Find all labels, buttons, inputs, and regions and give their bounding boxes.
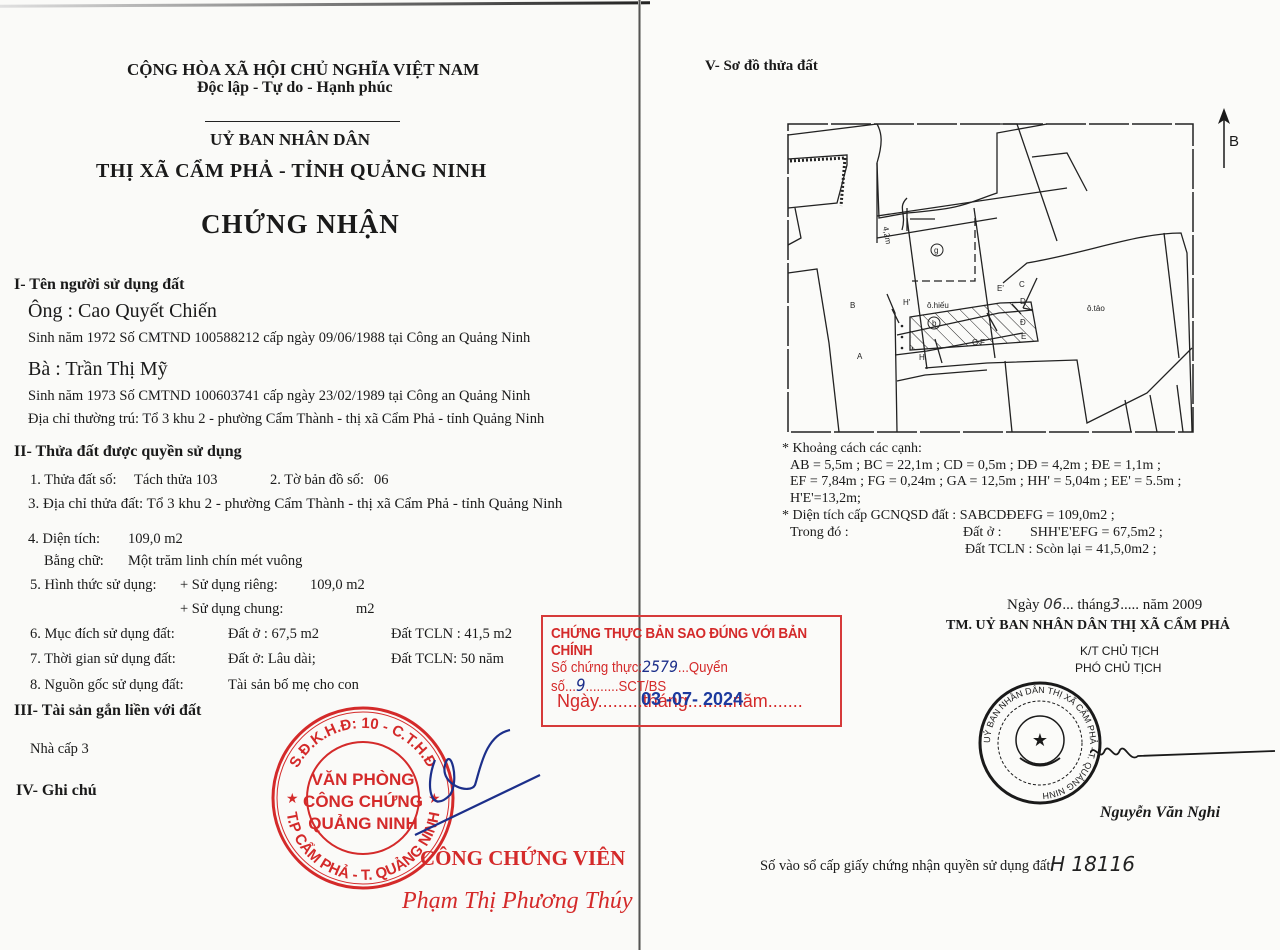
notary-signature — [390, 725, 560, 855]
svg-text:D: D — [1020, 297, 1026, 306]
official-signature — [1090, 738, 1280, 768]
origin-value: Tài sản bố mẹ cho con — [228, 677, 359, 694]
svg-text:A: A — [857, 352, 863, 361]
document-title: CHỨNG NHẬN — [201, 209, 400, 240]
owner-address: Địa chỉ thường trú: Tổ 3 khu 2 - phường … — [28, 411, 544, 428]
distances-line1: AB = 5,5m ; BC = 22,1m ; CD = 0,5m ; DĐ … — [790, 458, 1161, 474]
tcln-area-line: Đất TCLN : Scòn lại = 41,5,0m2 ; — [965, 542, 1157, 558]
issue-day: 06 — [1043, 595, 1062, 613]
certification-date-line: Ngày.........tháng.........năm....... 03… — [557, 691, 803, 712]
certification-stamp-title: CHỨNG THỰC BẢN SAO ĐÚNG VỚI BẢN CHÍNH — [551, 625, 811, 659]
authority-line2: THỊ XÃ CẨM PHẢ - TỈNH QUẢNG NINH — [96, 160, 487, 183]
section3-heading: III- Tài sản gắn liền với đất — [14, 702, 201, 720]
page-fold — [638, 0, 641, 950]
certification-number: 2579 — [642, 657, 678, 676]
section1-heading: I- Tên người sử dụng đất — [14, 276, 185, 294]
notary-title: CÔNG CHỨNG VIÊN — [420, 846, 625, 871]
parcel-number-value: Tách thửa 103 — [134, 472, 218, 489]
official-seal: UỶ BAN NHÂN DÂN THỊ XÃ CẨM PHẢ - T. QUẢN… — [975, 678, 1105, 808]
svg-text:F: F — [980, 338, 985, 347]
private-use-label: + Sử dụng riêng: — [180, 577, 278, 594]
certification-date-stamp: 03 -07- 2024 — [641, 689, 743, 710]
owner1-info: Sinh năm 1972 Số CMTND 100588212 cấp ngà… — [28, 330, 530, 347]
signatory-role2: PHÓ CHỦ TỊCH — [1075, 661, 1161, 675]
area-value: 109,0 m2 — [128, 531, 183, 548]
issue-date: Ngày 06... tháng3..... năm 2009 — [1007, 595, 1202, 614]
attached-assets-value: Nhà cấp 3 — [30, 741, 89, 758]
registry-number: H 18116 — [1050, 852, 1135, 876]
area-label: 4. Diện tích: — [28, 531, 100, 548]
signatory-name: Nguyễn Văn Nghi — [1100, 804, 1220, 822]
svg-text:ô.tảo: ô.tảo — [1087, 304, 1105, 313]
parcel-diagram: g b ô.hiếu ô.tảo 4,2m B A H' H G F E' C … — [787, 123, 1194, 433]
certification-stamp: CHỨNG THỰC BẢN SAO ĐÚNG VỚI BẢN CHÍNH Số… — [541, 615, 842, 727]
svg-text:B: B — [850, 301, 855, 310]
owner2-info: Sinh năm 1973 Số CMTND 100603741 cấp ngà… — [28, 388, 530, 405]
svg-text:★: ★ — [286, 792, 299, 807]
distances-line3: H'E'=13,2m; — [790, 491, 861, 507]
section4-heading: IV- Ghi chú — [16, 782, 97, 800]
owner1-name: Ông : Cao Quyết Chiến — [28, 300, 217, 323]
svg-text:H: H — [919, 353, 925, 362]
duration-residential: Đất ở: Lâu dài; — [228, 651, 316, 668]
svg-text:★: ★ — [1032, 730, 1048, 750]
duration-label: 7. Thời gian sử dụng đất: — [30, 651, 176, 668]
svg-text:H': H' — [903, 298, 911, 307]
signatory-organization: TM. UỶ BAN NHÂN DÂN THỊ XÃ CẨM PHẢ — [946, 618, 1230, 634]
parcel-number-label: 1. Thửa đất số: — [30, 472, 117, 489]
national-header: CỘNG HÒA XÃ HỘI CHỦ NGHĨA VIỆT NAM — [127, 60, 479, 80]
svg-text:b: b — [932, 319, 937, 328]
area-in-words-value: Một trăm linh chín mét vuông — [128, 553, 302, 570]
total-area-line: * Diện tích cấp GCNQSD đất : SABCDĐEFG =… — [782, 508, 1115, 524]
map-sheet-value: 06 — [374, 472, 389, 489]
authority-line1: UỶ BAN NHÂN DÂN — [210, 130, 370, 150]
distances-heading: * Khoảng cách các cạnh: — [782, 441, 922, 457]
shared-use-label: + Sử dụng chung: — [180, 601, 283, 618]
duration-tcln: Đất TCLN: 50 năm — [391, 651, 504, 668]
svg-text:ô.hiếu: ô.hiếu — [927, 301, 949, 310]
registry-label: Số vào sổ cấp giấy chứng nhận quyền sử d… — [760, 858, 1054, 875]
north-label: B — [1229, 133, 1239, 150]
purpose-residential: Đất ở : 67,5 m2 — [228, 626, 319, 643]
residential-area-label: Đất ở : — [963, 525, 1002, 541]
distances-line2: EF = 7,84m ; FG = 0,24m ; GA = 12,5m ; H… — [790, 474, 1181, 490]
svg-text:E': E' — [997, 284, 1004, 293]
origin-label: 8. Nguồn gốc sử dụng đất: — [30, 677, 184, 694]
section5-heading: V- Sơ đồ thửa đất — [705, 58, 818, 75]
header-divider — [205, 121, 400, 122]
issue-month: 3 — [1111, 595, 1121, 613]
purpose-tcln: Đất TCLN : 41,5 m2 — [391, 626, 512, 643]
purpose-label: 6. Mục đích sử dụng đất: — [30, 626, 175, 643]
national-motto: Độc lập - Tự do - Hạnh phúc — [197, 79, 393, 97]
signatory-role1: K/T CHỦ TỊCH — [1080, 644, 1159, 658]
parcel-address: 3. Địa chỉ thửa đất: Tổ 3 khu 2 - phường… — [28, 496, 562, 513]
notary-name: Phạm Thị Phương Thúy — [402, 888, 633, 915]
residential-area-value: SHH'E'EFG = 67,5m2 ; — [1030, 525, 1163, 541]
of-which-label: Trong đó : — [790, 525, 849, 541]
svg-text:G: G — [972, 338, 978, 347]
owner2-name: Bà : Trần Thị Mỹ — [28, 358, 168, 381]
shared-use-value: m2 — [356, 601, 375, 618]
section2-heading: II- Thửa đất được quyền sử dụng — [14, 443, 242, 461]
svg-text:Đ: Đ — [1020, 318, 1026, 327]
map-sheet-label: 2. Tờ bản đồ số: — [270, 472, 364, 489]
svg-text:C: C — [1019, 280, 1025, 289]
svg-text:4,2m: 4,2m — [881, 226, 893, 245]
svg-text:E: E — [1021, 332, 1026, 341]
area-in-words-label: Bằng chữ: — [44, 553, 104, 570]
svg-text:g: g — [934, 246, 938, 255]
private-use-value: 109,0 m2 — [310, 577, 365, 594]
usage-form-label: 5. Hình thức sử dụng: — [30, 577, 156, 594]
